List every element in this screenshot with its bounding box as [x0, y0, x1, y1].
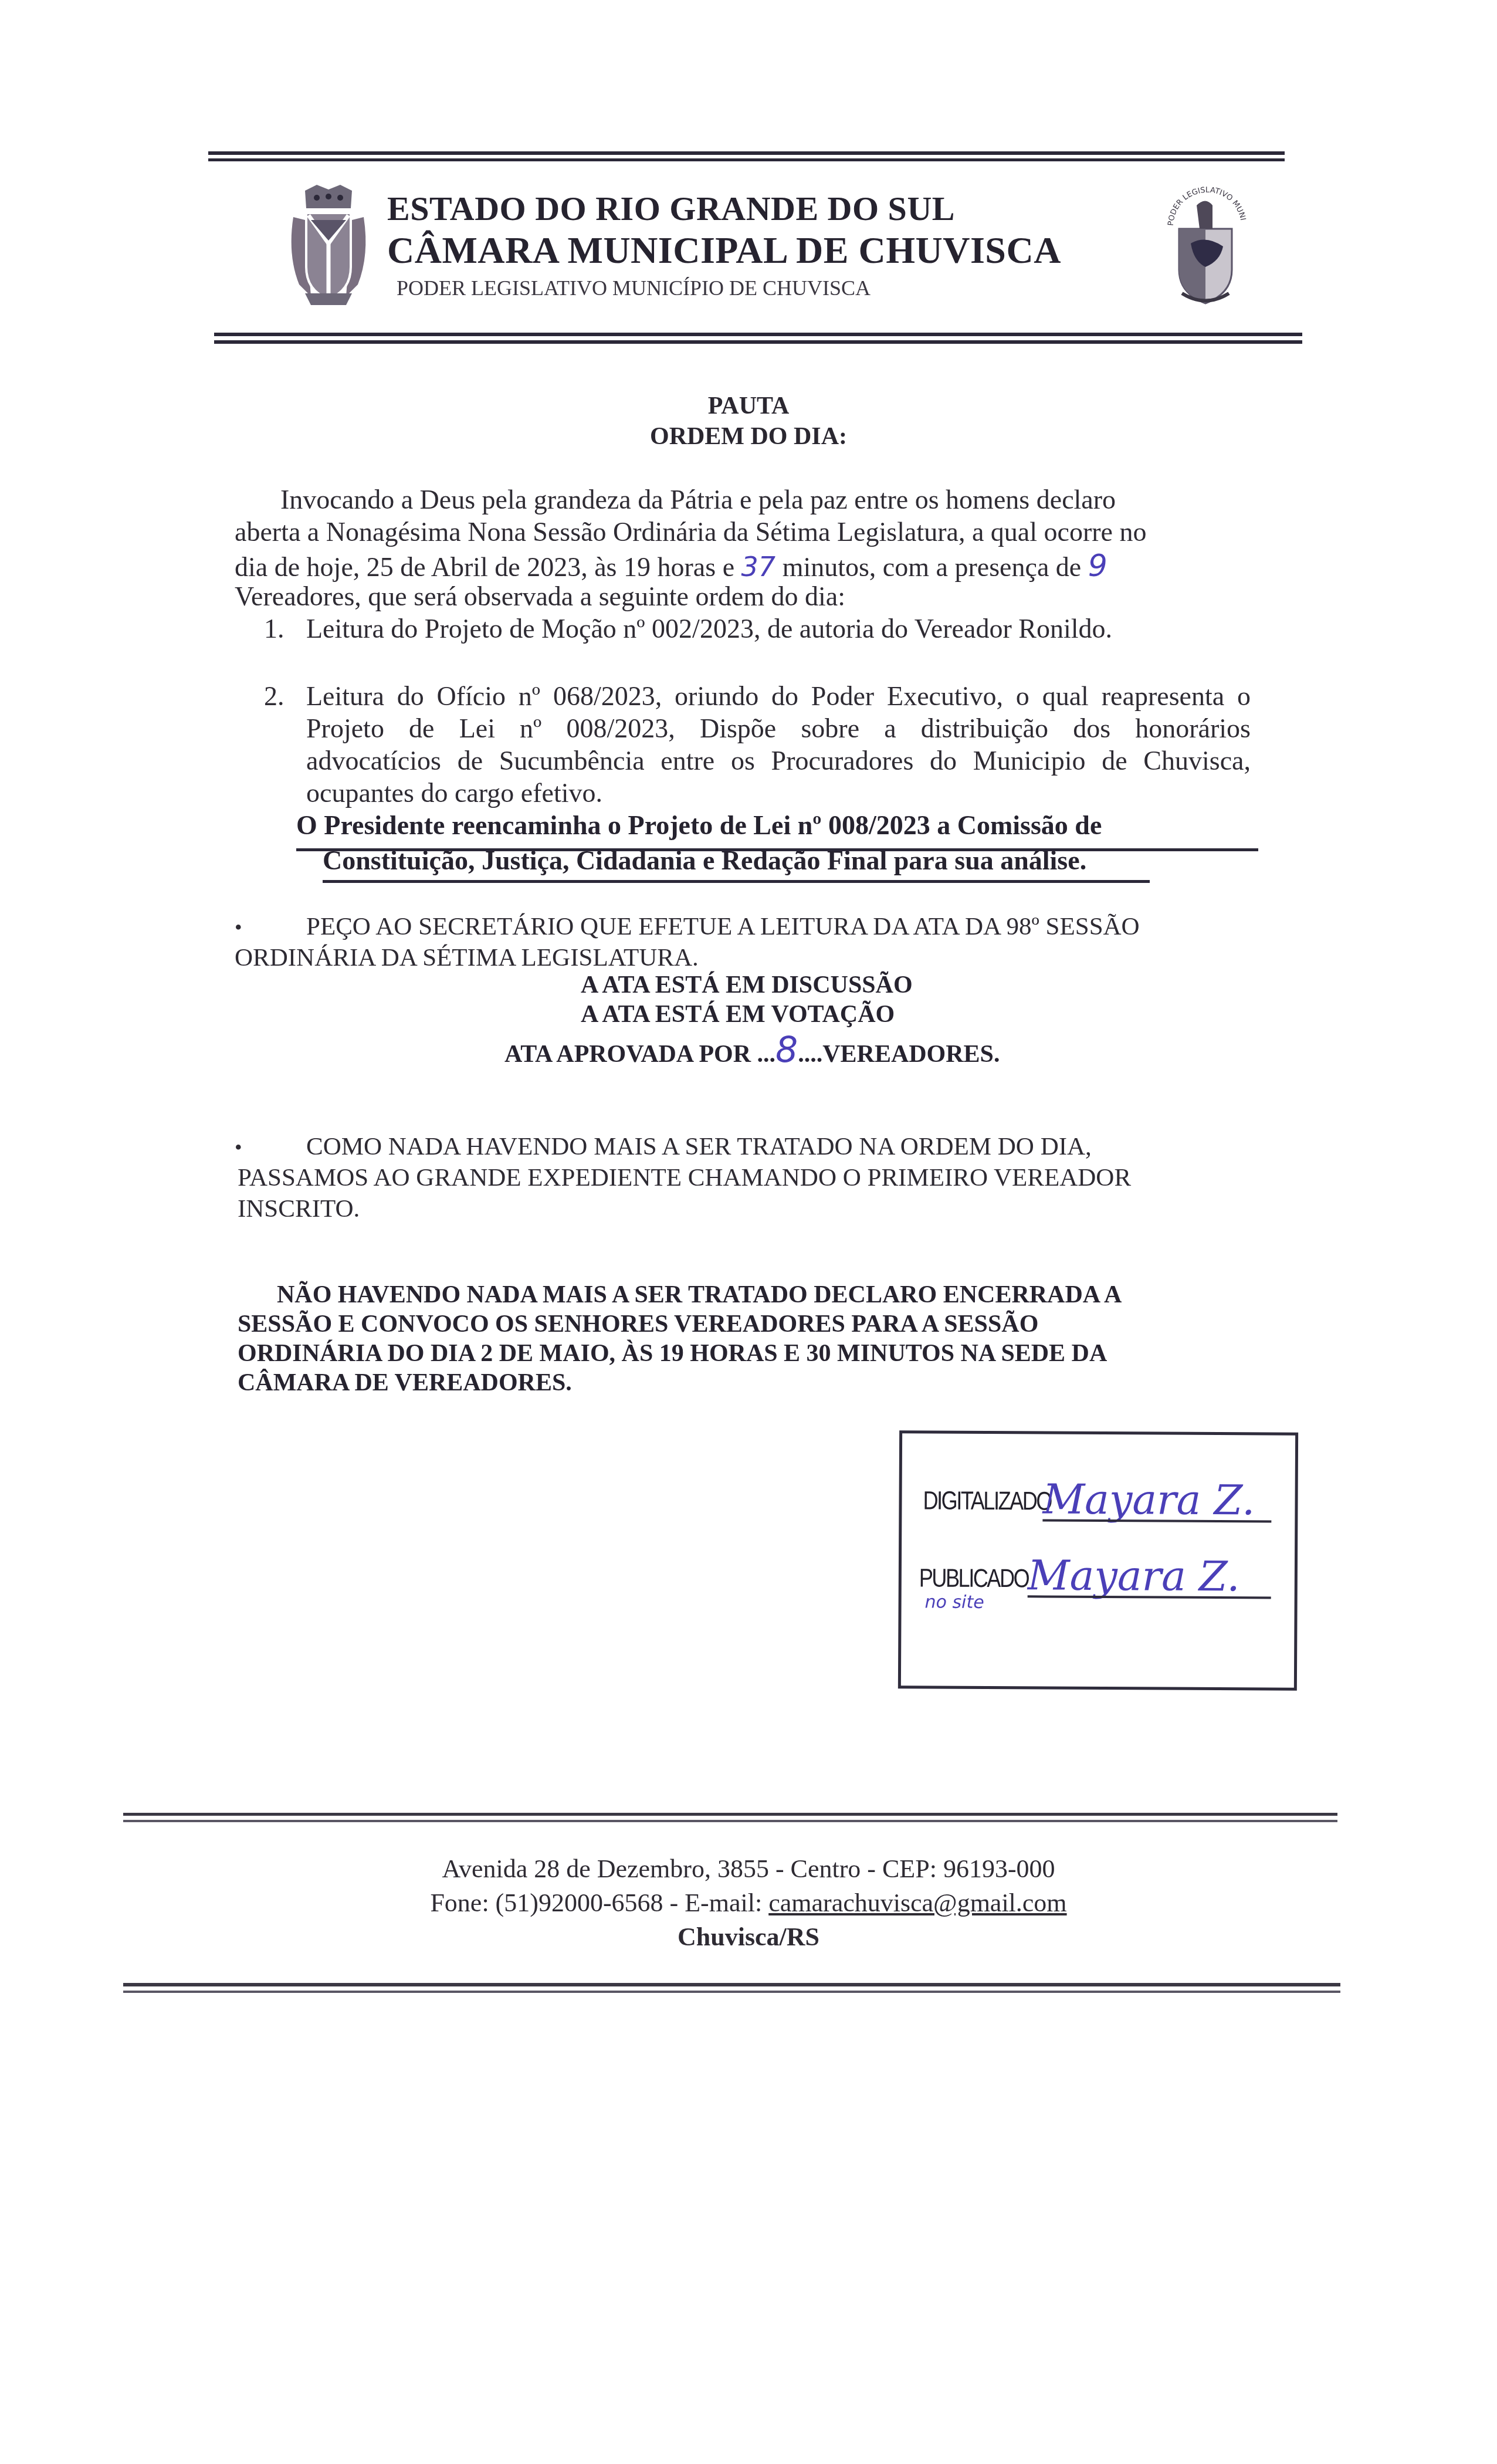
opening-line-3-b: minutos, com a presença de: [775, 552, 1088, 582]
opening-line-1: Invocando a Deus pela grandeza da Pátria…: [280, 484, 1116, 515]
footer-bottom-rule-1: [123, 1983, 1340, 1986]
footer-contact: Fone: (51)92000-6568 - E-mail: camarachu…: [0, 1888, 1497, 1918]
agenda-item-2-line-2: Projeto de Lei nº 008/2023, Dispõe sobre…: [306, 713, 1251, 744]
agenda-item-2-line-4: ocupantes do cargo efetivo.: [306, 777, 602, 808]
coat-of-arms-logo: [287, 185, 370, 311]
minutes-approved-a: ATA APROVADA POR ...: [504, 1041, 775, 1068]
header-bottom-rule-2: [214, 340, 1302, 344]
footer-phone: Fone: (51)92000-6568 - E-mail:: [430, 1888, 768, 1917]
minutes-voting: A ATA ESTÁ EM VOTAÇÃO: [581, 1000, 895, 1028]
digitalizado-publicado-stamp: DIGITALIZADO Mayara Z. PUBLICADO Mayara …: [898, 1430, 1298, 1691]
minutes-discussion: A ATA ESTÁ EM DISCUSSÃO: [581, 971, 913, 999]
footer-city: Chuvisca/RS: [0, 1922, 1497, 1952]
agenda-item-1-text: Leitura do Projeto de Moção nº 002/2023,…: [306, 613, 1112, 644]
agenda-item-2-number: 2.: [264, 681, 285, 712]
opening-line-2: aberta a Nonagésima Nona Sessão Ordinári…: [235, 516, 1146, 547]
title-ordem-do-dia: ORDEM DO DIA:: [0, 422, 1497, 451]
opening-line-4: Vereadores, que será observada a seguint…: [235, 581, 845, 612]
minutes-line-2: ORDINÁRIA DA SÉTIMA LEGISLATURA.: [235, 943, 699, 972]
bullet-expediente: •: [235, 1135, 242, 1160]
minutes-approved-b: ....VEREADORES.: [798, 1041, 1000, 1068]
footer-top-rule-2: [123, 1820, 1337, 1822]
closing-line-3: ORDINÁRIA DO DIA 2 DE MAIO, ÀS 19 HORAS …: [238, 1339, 1107, 1368]
handwritten-present-count: 9: [1088, 549, 1107, 584]
stamp-publicado-note: no site: [925, 1592, 984, 1613]
header-top-rule-1: [208, 151, 1285, 155]
expediente-line-1: COMO NADA HAVENDO MAIS A SER TRATADO NA …: [306, 1132, 1092, 1161]
stamp-publicado-label: PUBLICADO: [919, 1563, 1029, 1593]
header-chamber: CÂMARA MUNICIPAL DE CHUVISCA: [387, 229, 1061, 272]
president-note-underline-2: [323, 880, 1150, 883]
handwritten-approved-count: 8: [775, 1030, 798, 1071]
stamp-digitalizado-label: DIGITALIZADO: [923, 1486, 1051, 1516]
president-note-line-2: Constituição, Justiça, Cidadania e Redaç…: [323, 845, 1086, 876]
footer-address: Avenida 28 de Dezembro, 3855 - Centro - …: [0, 1854, 1497, 1884]
footer-email-link[interactable]: camarachuvisca@gmail.com: [768, 1888, 1066, 1917]
agenda-item-2-line-1: Leitura do Ofício nº 068/2023, oriundo d…: [306, 681, 1251, 712]
closing-line-1: NÃO HAVENDO NADA MAIS A SER TRATADO DECL…: [277, 1281, 1122, 1309]
agenda-item-2-line-3: advocatícios de Sucumbência entre os Pro…: [306, 745, 1251, 776]
closing-line-4: CÂMARA DE VEREADORES.: [238, 1369, 572, 1397]
header-bottom-rule-1: [214, 333, 1302, 336]
agenda-item-1-number: 1.: [264, 613, 285, 644]
stamp-publicado-signature: Mayara Z.: [1028, 1551, 1240, 1600]
header-state: ESTADO DO RIO GRANDE DO SUL: [387, 189, 955, 228]
president-note-line-1: O Presidente reencaminha o Projeto de Le…: [296, 810, 1102, 841]
title-pauta: PAUTA: [0, 392, 1497, 420]
handwritten-minutes: 37: [741, 551, 776, 583]
opening-line-3: dia de hoje, 25 de Abril de 2023, às 19 …: [235, 549, 1107, 584]
minutes-approved: ATA APROVADA POR ...8....VEREADORES.: [504, 1030, 1000, 1071]
bullet-minutes: •: [235, 915, 242, 940]
header-top-rule-2: [208, 158, 1285, 161]
expediente-line-3: INSCRITO.: [238, 1194, 360, 1223]
closing-line-2: SESSÃO E CONVOCO OS SENHORES VEREADORES …: [238, 1310, 1038, 1338]
footer-top-rule-1: [123, 1813, 1337, 1816]
header-subtitle: PODER LEGISLATIVO MUNICÍPIO DE CHUVISCA: [397, 276, 871, 300]
footer-bottom-rule-2: [123, 1991, 1340, 1993]
stamp-digitalizado-signature: Mayara Z.: [1042, 1475, 1255, 1525]
minutes-line-1: PEÇO AO SECRETÁRIO QUE EFETUE A LEITURA …: [306, 912, 1140, 941]
expediente-line-2: PASSAMOS AO GRANDE EXPEDIENTE CHAMANDO O…: [238, 1163, 1131, 1192]
legislative-seal-logo: PODER LEGISLATIVO MUNICIPAL: [1164, 173, 1247, 308]
opening-line-3-a: dia de hoje, 25 de Abril de 2023, às 19 …: [235, 552, 741, 582]
